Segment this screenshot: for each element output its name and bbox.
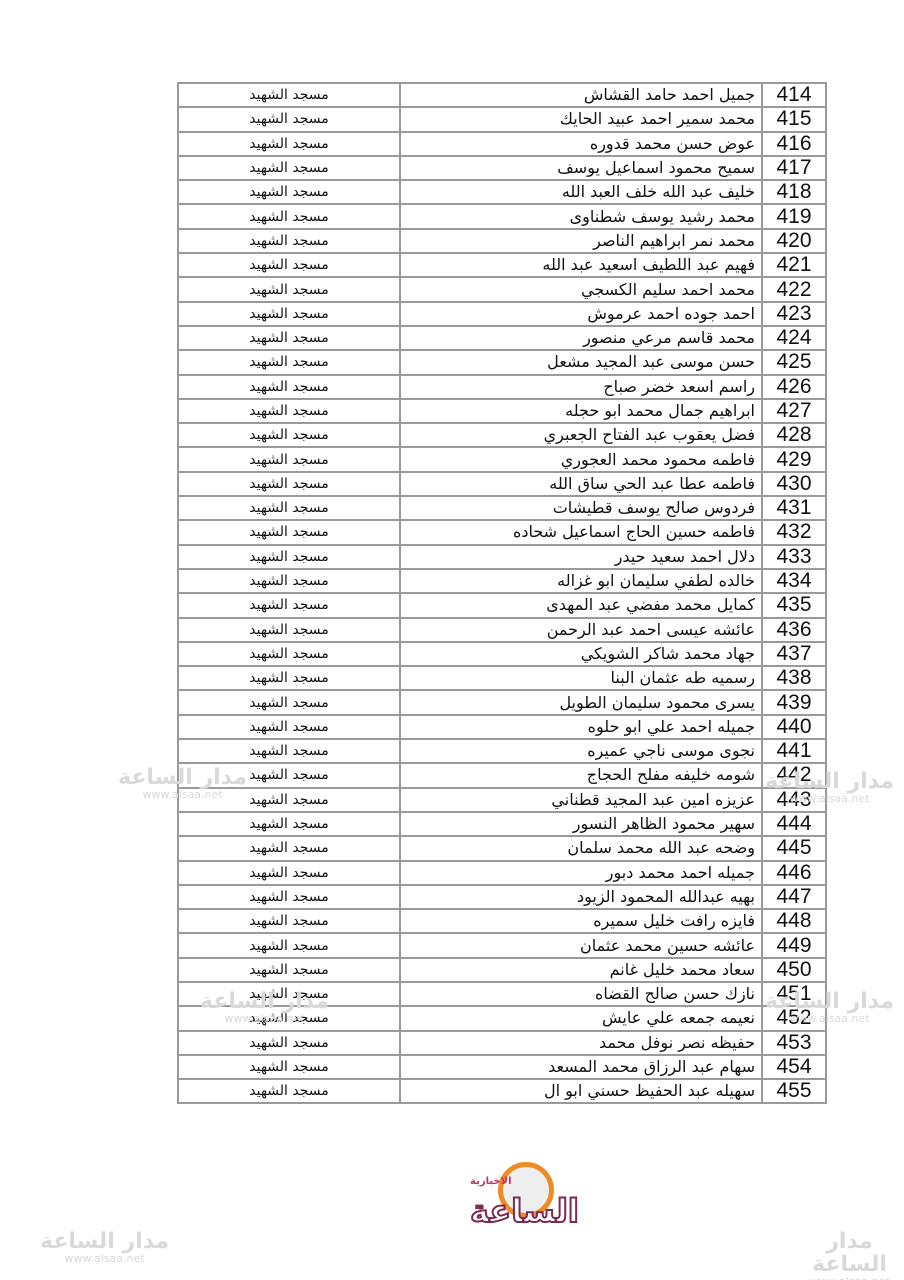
person-name: محمد نمر ابراهيم الناصر	[400, 229, 762, 253]
table-row: 417 سميح محمود اسماعيل يوسف مسجد الشهيد	[178, 156, 826, 180]
person-name: جميله احمد محمد دبور	[400, 861, 762, 885]
table-row: 442 شومه خليفه مفلح الحجاج مسجد الشهيد	[178, 763, 826, 787]
person-name: فاطمه محمود محمد العجوري	[400, 447, 762, 471]
location: مسجد الشهيد	[178, 642, 400, 666]
person-name: حسن موسى عبد المجيد مشعل	[400, 350, 762, 374]
table-row: 415 محمد سمير احمد عبيد الحايك مسجد الشه…	[178, 107, 826, 131]
row-number: 419	[762, 204, 826, 228]
row-number: 448	[762, 909, 826, 933]
person-name: فضل يعقوب عبد الفتاح الجعبري	[400, 423, 762, 447]
table-row: 449 عائشه حسين محمد عثمان مسجد الشهيد	[178, 933, 826, 957]
person-name: سميح محمود اسماعيل يوسف	[400, 156, 762, 180]
person-name: سعاد محمد خليل غانم	[400, 958, 762, 982]
table-row: 423 احمد جوده احمد عرموش مسجد الشهيد	[178, 302, 826, 326]
person-name: راسم اسعد خضر صباح	[400, 375, 762, 399]
watermark-title: مدار الساعة	[795, 1230, 904, 1276]
location: مسجد الشهيد	[178, 1006, 400, 1030]
table-row: 422 محمد احمد سليم الكسجي مسجد الشهيد	[178, 277, 826, 301]
location: مسجد الشهيد	[178, 472, 400, 496]
location: مسجد الشهيد	[178, 326, 400, 350]
person-name: نازك حسن صالح القضاه	[400, 982, 762, 1006]
logo-subtitle: الاخبارية	[470, 1176, 512, 1187]
table-row: 453 حفيظه نصر نوفل محمد مسجد الشهيد	[178, 1031, 826, 1055]
person-name: رسميه طه عثمان البنا	[400, 666, 762, 690]
row-number: 449	[762, 933, 826, 957]
table-row: 438 رسميه طه عثمان البنا مسجد الشهيد	[178, 666, 826, 690]
person-name: فردوس صالح يوسف قطيشات	[400, 496, 762, 520]
logo-text: الساعة	[470, 1192, 579, 1230]
row-number: 437	[762, 642, 826, 666]
row-number: 429	[762, 447, 826, 471]
table-row: 452 نعيمه جمعه علي عايش مسجد الشهيد	[178, 1006, 826, 1030]
person-name: احمد جوده احمد عرموش	[400, 302, 762, 326]
person-name: محمد سمير احمد عبيد الحايك	[400, 107, 762, 131]
names-table: 414 جميل احمد حامد القشاش مسجد الشهيد 41…	[177, 82, 827, 1104]
person-name: عوض حسن محمد قدوره	[400, 132, 762, 156]
row-number: 452	[762, 1006, 826, 1030]
table-row: 416 عوض حسن محمد قدوره مسجد الشهيد	[178, 132, 826, 156]
table-row: 427 ابراهيم جمال محمد ابو حجله مسجد الشه…	[178, 399, 826, 423]
location: مسجد الشهيد	[178, 666, 400, 690]
table-row: 451 نازك حسن صالح القضاه مسجد الشهيد	[178, 982, 826, 1006]
table-row: 428 فضل يعقوب عبد الفتاح الجعبري مسجد ال…	[178, 423, 826, 447]
location: مسجد الشهيد	[178, 302, 400, 326]
row-number: 446	[762, 861, 826, 885]
table-row: 444 سهير محمود الظاهر النسور مسجد الشهيد	[178, 812, 826, 836]
row-number: 425	[762, 350, 826, 374]
person-name: نعيمه جمعه علي عايش	[400, 1006, 762, 1030]
location: مسجد الشهيد	[178, 496, 400, 520]
row-number: 421	[762, 253, 826, 277]
location: مسجد الشهيد	[178, 958, 400, 982]
site-logo: الاخبارية الساعة	[470, 1162, 560, 1242]
table-row: 441 نجوى موسى ناجي عميره مسجد الشهيد	[178, 739, 826, 763]
person-name: يسرى محمود سليمان الطويل	[400, 690, 762, 714]
person-name: عائشه عيسى احمد عبد الرحمن	[400, 618, 762, 642]
row-number: 428	[762, 423, 826, 447]
location: مسجد الشهيد	[178, 1055, 400, 1079]
person-name: شومه خليفه مفلح الحجاج	[400, 763, 762, 787]
location: مسجد الشهيد	[178, 180, 400, 204]
row-number: 422	[762, 277, 826, 301]
location: مسجد الشهيد	[178, 1079, 400, 1103]
table-row: 431 فردوس صالح يوسف قطيشات مسجد الشهيد	[178, 496, 826, 520]
table-row: 434 خالده لطفي سليمان ابو غزاله مسجد الش…	[178, 569, 826, 593]
table-row: 450 سعاد محمد خليل غانم مسجد الشهيد	[178, 958, 826, 982]
row-number: 455	[762, 1079, 826, 1103]
person-name: فاطمه حسين الحاج اسماعيل شحاده	[400, 520, 762, 544]
person-name: سهام عبد الرزاق محمد المسعد	[400, 1055, 762, 1079]
table-row: 448 فايزه رافت خليل سميره مسجد الشهيد	[178, 909, 826, 933]
location: مسجد الشهيد	[178, 739, 400, 763]
person-name: فهيم عبد اللطيف اسعيد عبد الله	[400, 253, 762, 277]
table-row: 421 فهيم عبد اللطيف اسعيد عبد الله مسجد …	[178, 253, 826, 277]
location: مسجد الشهيد	[178, 277, 400, 301]
table-row: 432 فاطمه حسين الحاج اسماعيل شحاده مسجد …	[178, 520, 826, 544]
table-row: 446 جميله احمد محمد دبور مسجد الشهيد	[178, 861, 826, 885]
row-number: 442	[762, 763, 826, 787]
location: مسجد الشهيد	[178, 83, 400, 107]
row-number: 436	[762, 618, 826, 642]
row-number: 420	[762, 229, 826, 253]
row-number: 451	[762, 982, 826, 1006]
table-row: 443 عزيزه امين عبد المجيد قطناني مسجد ال…	[178, 788, 826, 812]
location: مسجد الشهيد	[178, 715, 400, 739]
table-row: 439 يسرى محمود سليمان الطويل مسجد الشهيد	[178, 690, 826, 714]
table-row: 424 محمد قاسم مرعي منصور مسجد الشهيد	[178, 326, 826, 350]
row-number: 417	[762, 156, 826, 180]
row-number: 441	[762, 739, 826, 763]
table-row: 425 حسن موسى عبد المجيد مشعل مسجد الشهيد	[178, 350, 826, 374]
person-name: سهيله عبد الحفيظ حسني ابو ال	[400, 1079, 762, 1103]
person-name: جميل احمد حامد القشاش	[400, 83, 762, 107]
location: مسجد الشهيد	[178, 909, 400, 933]
table-row: 433 دلال احمد سعيد حيدر مسجد الشهيد	[178, 545, 826, 569]
person-name: جهاد محمد شاكر الشويكي	[400, 642, 762, 666]
location: مسجد الشهيد	[178, 204, 400, 228]
table-row: 429 فاطمه محمود محمد العجوري مسجد الشهيد	[178, 447, 826, 471]
watermark-title: مدار الساعة	[40, 1230, 169, 1253]
row-number: 439	[762, 690, 826, 714]
person-name: حفيظه نصر نوفل محمد	[400, 1031, 762, 1055]
row-number: 431	[762, 496, 826, 520]
location: مسجد الشهيد	[178, 423, 400, 447]
table-row: 419 محمد رشيد يوسف شطناوى مسجد الشهيد	[178, 204, 826, 228]
row-number: 416	[762, 132, 826, 156]
location: مسجد الشهيد	[178, 690, 400, 714]
row-number: 418	[762, 180, 826, 204]
row-number: 424	[762, 326, 826, 350]
location: مسجد الشهيد	[178, 156, 400, 180]
person-name: خالده لطفي سليمان ابو غزاله	[400, 569, 762, 593]
row-number: 435	[762, 593, 826, 617]
location: مسجد الشهيد	[178, 569, 400, 593]
row-number: 426	[762, 375, 826, 399]
location: مسجد الشهيد	[178, 520, 400, 544]
table-row: 430 فاطمه عطا عبد الحي ساق الله مسجد الش…	[178, 472, 826, 496]
row-number: 434	[762, 569, 826, 593]
location: مسجد الشهيد	[178, 132, 400, 156]
row-number: 438	[762, 666, 826, 690]
person-name: دلال احمد سعيد حيدر	[400, 545, 762, 569]
row-number: 447	[762, 885, 826, 909]
table-row: 436 عائشه عيسى احمد عبد الرحمن مسجد الشه…	[178, 618, 826, 642]
row-number: 443	[762, 788, 826, 812]
row-number: 432	[762, 520, 826, 544]
location: مسجد الشهيد	[178, 836, 400, 860]
person-name: فاطمه عطا عبد الحي ساق الله	[400, 472, 762, 496]
location: مسجد الشهيد	[178, 350, 400, 374]
watermark-url: www.alsaa.net	[40, 1253, 169, 1265]
row-number: 445	[762, 836, 826, 860]
table-row: 445 وضحه عبد الله محمد سلمان مسجد الشهيد	[178, 836, 826, 860]
person-name: عائشه حسين محمد عثمان	[400, 933, 762, 957]
location: مسجد الشهيد	[178, 1031, 400, 1055]
person-name: محمد رشيد يوسف شطناوى	[400, 204, 762, 228]
table-row: 447 بهيه عبدالله المحمود الزيود مسجد الش…	[178, 885, 826, 909]
person-name: فايزه رافت خليل سميره	[400, 909, 762, 933]
row-number: 450	[762, 958, 826, 982]
table-row: 414 جميل احمد حامد القشاش مسجد الشهيد	[178, 83, 826, 107]
location: مسجد الشهيد	[178, 375, 400, 399]
table-row: 420 محمد نمر ابراهيم الناصر مسجد الشهيد	[178, 229, 826, 253]
location: مسجد الشهيد	[178, 933, 400, 957]
person-name: بهيه عبدالله المحمود الزيود	[400, 885, 762, 909]
row-number: 433	[762, 545, 826, 569]
person-name: محمد قاسم مرعي منصور	[400, 326, 762, 350]
location: مسجد الشهيد	[178, 618, 400, 642]
row-number: 453	[762, 1031, 826, 1055]
location: مسجد الشهيد	[178, 788, 400, 812]
row-number: 427	[762, 399, 826, 423]
table-row: 435 كمايل محمد مفضي عبد المهدى مسجد الشه…	[178, 593, 826, 617]
person-name: محمد احمد سليم الكسجي	[400, 277, 762, 301]
watermark-url: www.alsaa.net	[795, 1276, 904, 1280]
row-number: 415	[762, 107, 826, 131]
location: مسجد الشهيد	[178, 861, 400, 885]
watermark-bottom-left: مدار الساعة www.alsaa.net	[40, 1230, 169, 1265]
location: مسجد الشهيد	[178, 399, 400, 423]
location: مسجد الشهيد	[178, 885, 400, 909]
table-row: 440 جميله احمد علي ابو حلوه مسجد الشهيد	[178, 715, 826, 739]
location: مسجد الشهيد	[178, 447, 400, 471]
table-row: 418 خليف عبد الله خلف العبد الله مسجد ال…	[178, 180, 826, 204]
location: مسجد الشهيد	[178, 545, 400, 569]
person-name: جميله احمد علي ابو حلوه	[400, 715, 762, 739]
row-number: 444	[762, 812, 826, 836]
person-name: كمايل محمد مفضي عبد المهدى	[400, 593, 762, 617]
table-row: 454 سهام عبد الرزاق محمد المسعد مسجد الش…	[178, 1055, 826, 1079]
location: مسجد الشهيد	[178, 253, 400, 277]
location: مسجد الشهيد	[178, 812, 400, 836]
row-number: 440	[762, 715, 826, 739]
location: مسجد الشهيد	[178, 593, 400, 617]
person-name: سهير محمود الظاهر النسور	[400, 812, 762, 836]
row-number: 430	[762, 472, 826, 496]
row-number: 414	[762, 83, 826, 107]
location: مسجد الشهيد	[178, 107, 400, 131]
row-number: 423	[762, 302, 826, 326]
row-number: 454	[762, 1055, 826, 1079]
location: مسجد الشهيد	[178, 982, 400, 1006]
person-name: نجوى موسى ناجي عميره	[400, 739, 762, 763]
location: مسجد الشهيد	[178, 763, 400, 787]
person-name: خليف عبد الله خلف العبد الله	[400, 180, 762, 204]
person-name: وضحه عبد الله محمد سلمان	[400, 836, 762, 860]
location: مسجد الشهيد	[178, 229, 400, 253]
person-name: عزيزه امين عبد المجيد قطناني	[400, 788, 762, 812]
table-row: 426 راسم اسعد خضر صباح مسجد الشهيد	[178, 375, 826, 399]
table-row: 455 سهيله عبد الحفيظ حسني ابو ال مسجد ال…	[178, 1079, 826, 1103]
person-name: ابراهيم جمال محمد ابو حجله	[400, 399, 762, 423]
table-row: 437 جهاد محمد شاكر الشويكي مسجد الشهيد	[178, 642, 826, 666]
watermark-bottom-right: مدار الساعة www.alsaa.net	[795, 1230, 904, 1280]
